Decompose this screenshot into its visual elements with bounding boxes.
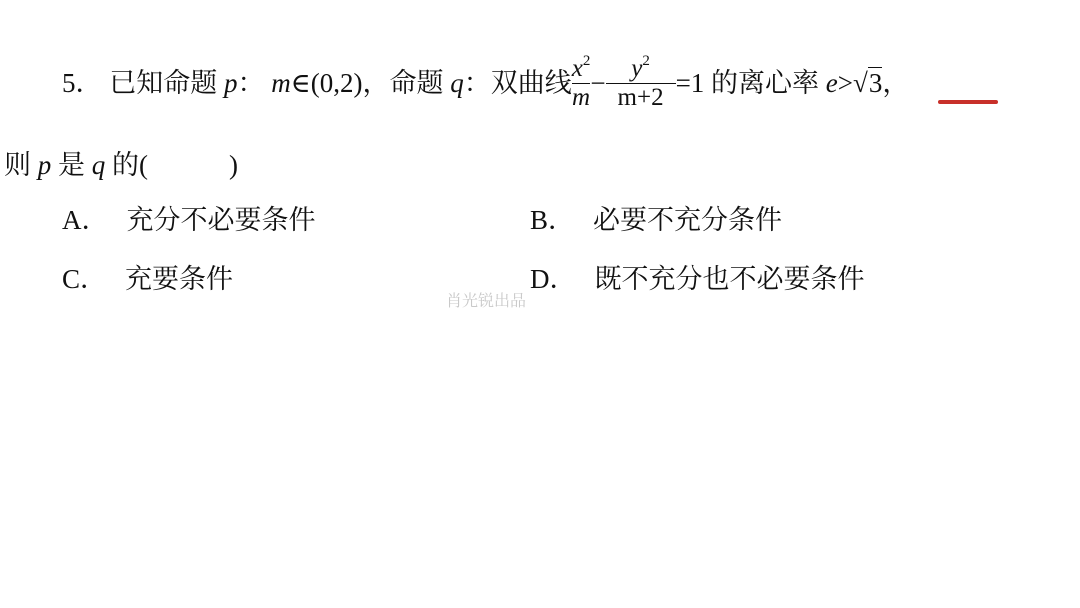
- option-letter: D．: [530, 264, 577, 294]
- hyperbola-label: ：双曲线: [464, 68, 572, 98]
- option-letter: C．: [62, 264, 107, 294]
- var-p: p: [224, 68, 238, 98]
- option-text: 必要不充分条件: [593, 205, 782, 235]
- option-letter: A．: [62, 205, 109, 235]
- option-c: C．充要条件: [62, 266, 233, 293]
- equation-rest: =1 的离心率: [676, 68, 819, 98]
- option-b: B．必要不充分条件: [530, 207, 782, 234]
- fraction-y2-over-m-plus-2: y2m+2: [606, 56, 676, 112]
- var-p: p: [38, 150, 52, 180]
- watermark: 肖光锐出品: [446, 288, 526, 311]
- var-q: q: [450, 68, 464, 98]
- p-condition: ∈(0,2)，命题: [291, 68, 444, 98]
- var-q: q: [92, 150, 106, 180]
- var-e: e: [826, 68, 838, 98]
- option-letter: B．: [530, 205, 575, 235]
- question-line-2: 则 p 是 q 的( ): [4, 152, 238, 179]
- answer-blank: 的( ): [112, 150, 238, 180]
- option-a: A．充分不必要条件: [62, 207, 316, 234]
- red-underline-annotation: [938, 100, 998, 104]
- option-d: D．既不充分也不必要条件: [530, 266, 865, 293]
- question-line-1: 5． 已知命题 p： m∈(0,2)，命题 q：双曲线x2m−y2m+2=1 的…: [62, 58, 909, 114]
- sqrt-3: √3: [853, 70, 882, 97]
- fraction-x2-over-m: x2m: [572, 56, 591, 112]
- greater-than: >: [838, 68, 853, 98]
- option-text: 既不充分也不必要条件: [595, 264, 865, 294]
- colon: ：: [238, 68, 265, 98]
- question-intro: 已知命题: [109, 68, 217, 98]
- option-text: 充分不必要条件: [127, 205, 316, 235]
- minus-sign: −: [590, 68, 605, 98]
- option-text: 充要条件: [125, 264, 233, 294]
- question-number: 5．: [62, 68, 103, 98]
- comma: ，: [882, 68, 909, 98]
- text: 则: [4, 150, 31, 180]
- var-m: m: [271, 68, 291, 98]
- text: 是: [58, 150, 85, 180]
